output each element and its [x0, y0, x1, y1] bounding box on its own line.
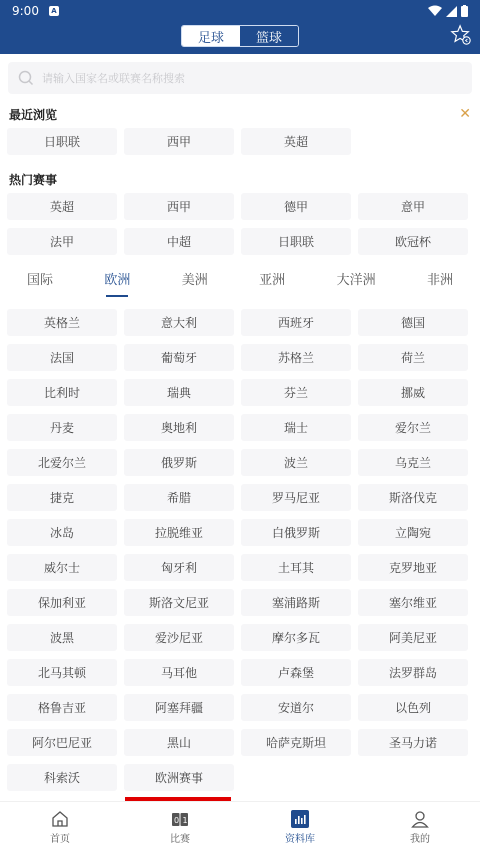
hot-item[interactable]: 英超: [7, 193, 117, 220]
country-item[interactable]: 北爱尔兰: [7, 449, 117, 476]
star-settings-icon[interactable]: [450, 24, 472, 46]
search-bar: [8, 62, 472, 94]
country-item[interactable]: 法罗群岛: [358, 659, 468, 686]
recent-section-header: 最近浏览 ✕: [0, 100, 480, 128]
signal-icon: [446, 6, 457, 17]
tab-americas[interactable]: 美洲: [182, 269, 208, 297]
user-icon: [411, 810, 429, 828]
wifi-icon: [428, 5, 442, 17]
country-item[interactable]: 波黑: [7, 624, 117, 651]
recent-item[interactable]: 日职联: [7, 128, 117, 155]
country-item[interactable]: 西班牙: [241, 309, 351, 336]
tab-oceania[interactable]: 大洋洲: [337, 269, 376, 297]
hot-item[interactable]: 意甲: [358, 193, 468, 220]
country-grid: 英格兰意大利西班牙德国法国葡萄牙苏格兰荷兰比利时瑞典芬兰挪威丹麦奥地利瑞士爱尔兰…: [0, 309, 480, 791]
country-item[interactable]: 欧洲赛事: [124, 764, 234, 791]
country-item[interactable]: 以色列: [358, 694, 468, 721]
home-icon: [51, 810, 69, 828]
country-item[interactable]: 瑞士: [241, 414, 351, 441]
status-bar: 9:00 A: [0, 0, 480, 22]
country-item[interactable]: 马耳他: [124, 659, 234, 686]
chart-bar-icon: [291, 810, 309, 828]
scoreboard-icon: 01: [171, 810, 189, 828]
battery-icon: [461, 5, 468, 17]
country-item[interactable]: 克罗地亚: [358, 554, 468, 581]
region-tabs: 国际 欧洲 美洲 亚洲 大洋洲 非洲: [0, 255, 480, 303]
nav-match-label: 比赛: [170, 830, 190, 845]
nav-home[interactable]: 首页: [0, 802, 120, 853]
segment-basketball[interactable]: 篮球: [240, 26, 298, 46]
nav-database-label: 资料库: [285, 830, 315, 845]
tab-international[interactable]: 国际: [27, 269, 53, 297]
hot-item[interactable]: 法甲: [7, 228, 117, 255]
country-item[interactable]: 爱尔兰: [358, 414, 468, 441]
country-item[interactable]: 匈牙利: [124, 554, 234, 581]
country-item[interactable]: 英格兰: [7, 309, 117, 336]
country-item[interactable]: 比利时: [7, 379, 117, 406]
nav-match[interactable]: 01 比赛: [120, 802, 240, 853]
segment-football[interactable]: 足球: [182, 26, 240, 46]
country-item[interactable]: 阿尔巴尼亚: [7, 729, 117, 756]
country-item[interactable]: 阿塞拜疆: [124, 694, 234, 721]
hot-item[interactable]: 中超: [124, 228, 234, 255]
country-item[interactable]: 阿美尼亚: [358, 624, 468, 651]
hot-section-header: 热门赛事: [0, 165, 480, 193]
country-item[interactable]: 俄罗斯: [124, 449, 234, 476]
country-item[interactable]: 荷兰: [358, 344, 468, 371]
country-item[interactable]: 斯洛伐克: [358, 484, 468, 511]
top-header: 足球 篮球: [0, 22, 480, 54]
country-item[interactable]: 葡萄牙: [124, 344, 234, 371]
country-item[interactable]: 立陶宛: [358, 519, 468, 546]
hot-item[interactable]: 日职联: [241, 228, 351, 255]
hot-item[interactable]: 欧冠杯: [358, 228, 468, 255]
country-item[interactable]: 格鲁吉亚: [7, 694, 117, 721]
country-item[interactable]: 希腊: [124, 484, 234, 511]
bottom-nav: 首页 01 比赛 资料库 我的: [0, 801, 480, 853]
country-item[interactable]: 瑞典: [124, 379, 234, 406]
country-item[interactable]: 波兰: [241, 449, 351, 476]
country-item[interactable]: 苏格兰: [241, 344, 351, 371]
country-item[interactable]: 拉脱维亚: [124, 519, 234, 546]
country-item[interactable]: 圣马力诺: [358, 729, 468, 756]
country-item[interactable]: 斯洛文尼亚: [124, 589, 234, 616]
nav-profile-label: 我的: [410, 830, 430, 845]
country-item[interactable]: 丹麦: [7, 414, 117, 441]
country-item[interactable]: 挪威: [358, 379, 468, 406]
recent-item[interactable]: 英超: [241, 128, 351, 155]
country-item[interactable]: 白俄罗斯: [241, 519, 351, 546]
country-item[interactable]: 黑山: [124, 729, 234, 756]
country-item[interactable]: 科索沃: [7, 764, 117, 791]
country-item[interactable]: 保加利亚: [7, 589, 117, 616]
hot-item[interactable]: 德甲: [241, 193, 351, 220]
close-icon[interactable]: ✕: [459, 106, 471, 122]
country-item[interactable]: 安道尔: [241, 694, 351, 721]
sport-segment: 足球 篮球: [181, 25, 299, 47]
status-time: 9:00: [12, 4, 39, 18]
hot-grid: 英超 西甲 德甲 意甲 法甲 中超 日职联 欧冠杯: [0, 193, 480, 255]
nav-home-label: 首页: [50, 830, 70, 845]
hot-item[interactable]: 西甲: [124, 193, 234, 220]
country-item[interactable]: 冰岛: [7, 519, 117, 546]
recent-title: 最近浏览: [9, 106, 57, 123]
country-item[interactable]: 德国: [358, 309, 468, 336]
nav-profile[interactable]: 我的: [360, 802, 480, 853]
country-item[interactable]: 捷克: [7, 484, 117, 511]
tab-asia[interactable]: 亚洲: [259, 269, 285, 297]
a-icon: A: [49, 6, 59, 16]
svg-text:0: 0: [174, 816, 179, 825]
country-item[interactable]: 爱沙尼亚: [124, 624, 234, 651]
country-item[interactable]: 意大利: [124, 309, 234, 336]
country-item[interactable]: 摩尔多瓦: [241, 624, 351, 651]
country-item[interactable]: 哈萨克斯坦: [241, 729, 351, 756]
country-item[interactable]: 塞浦路斯: [241, 589, 351, 616]
country-item[interactable]: 卢森堡: [241, 659, 351, 686]
country-item[interactable]: 法国: [7, 344, 117, 371]
nav-database[interactable]: 资料库: [240, 802, 360, 853]
search-icon: [18, 70, 34, 86]
country-item[interactable]: 罗马尼亚: [241, 484, 351, 511]
svg-text:1: 1: [183, 816, 188, 825]
country-item[interactable]: 塞尔维亚: [358, 589, 468, 616]
country-item[interactable]: 土耳其: [241, 554, 351, 581]
recent-item[interactable]: 西甲: [124, 128, 234, 155]
recent-grid: 日职联 西甲 英超: [0, 128, 480, 155]
country-item[interactable]: 芬兰: [241, 379, 351, 406]
country-item[interactable]: 威尔士: [7, 554, 117, 581]
tab-africa[interactable]: 非洲: [427, 269, 453, 297]
search-input[interactable]: [42, 72, 472, 85]
tab-europe[interactable]: 欧洲: [104, 269, 130, 297]
country-item[interactable]: 奥地利: [124, 414, 234, 441]
country-item[interactable]: 乌克兰: [358, 449, 468, 476]
country-item[interactable]: 北马其顿: [7, 659, 117, 686]
hot-title: 热门赛事: [9, 171, 57, 188]
